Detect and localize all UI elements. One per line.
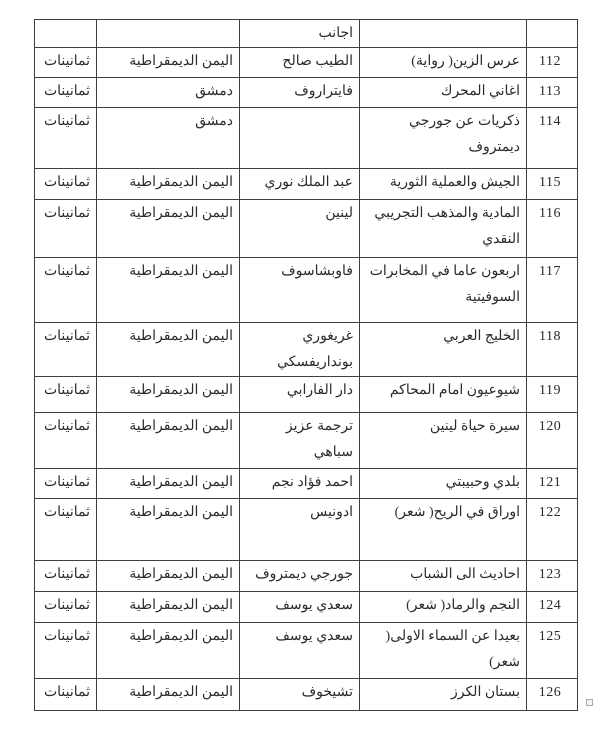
cell-place: اليمن الديمقراطية bbox=[97, 48, 240, 78]
books-table-body: اجانب112عرس الزين( رواية)الطيب صالحاليمن… bbox=[35, 20, 578, 711]
cell-author: احمد فؤاد نجم bbox=[240, 469, 360, 499]
cell-era: ثمانينات bbox=[35, 623, 97, 679]
cell-place: اليمن الديمقراطية bbox=[97, 323, 240, 377]
cell-place: اليمن الديمقراطية bbox=[97, 258, 240, 323]
cell-title: اغاني المحرك bbox=[360, 78, 527, 108]
cell-title: المادية والمذهب التجريبي النقدي bbox=[360, 200, 527, 258]
cell-author: جورجي ديمتروف bbox=[240, 561, 360, 592]
cell-era: ثمانينات bbox=[35, 499, 97, 561]
cell-number: 125 bbox=[527, 623, 578, 679]
cell-era: ثمانينات bbox=[35, 561, 97, 592]
cell-era: ثمانينات bbox=[35, 323, 97, 377]
cell-era: ثمانينات bbox=[35, 200, 97, 258]
cell-author: اجانب bbox=[240, 20, 360, 48]
cell-place bbox=[97, 20, 240, 48]
cell-number: 126 bbox=[527, 679, 578, 711]
cell-title: ذكريات عن جورجي ديمتروف bbox=[360, 108, 527, 169]
cell-number: 123 bbox=[527, 561, 578, 592]
cell-place: اليمن الديمقراطية bbox=[97, 413, 240, 469]
cell-number: 116 bbox=[527, 200, 578, 258]
table-row: 126بستان الكرزتشيخوفاليمن الديمقراطيةثما… bbox=[35, 679, 578, 711]
cell-era: ثمانينات bbox=[35, 377, 97, 413]
cell-title: بعيدا عن السماء الاولى( شعر) bbox=[360, 623, 527, 679]
cell-place: اليمن الديمقراطية bbox=[97, 169, 240, 200]
books-catalog-table: اجانب112عرس الزين( رواية)الطيب صالحاليمن… bbox=[34, 19, 578, 711]
cell-number: 122 bbox=[527, 499, 578, 561]
cell-title bbox=[360, 20, 527, 48]
cell-era: ثمانينات bbox=[35, 258, 97, 323]
cell-number: 113 bbox=[527, 78, 578, 108]
cell-number: 119 bbox=[527, 377, 578, 413]
cell-era bbox=[35, 20, 97, 48]
cell-era: ثمانينات bbox=[35, 413, 97, 469]
cell-number: 115 bbox=[527, 169, 578, 200]
cell-number bbox=[527, 20, 578, 48]
cell-title: بستان الكرز bbox=[360, 679, 527, 711]
table-row: 123احاديث الى الشبابجورجي ديمتروفاليمن ا… bbox=[35, 561, 578, 592]
document-anchor-icon bbox=[586, 699, 593, 706]
cell-number: 117 bbox=[527, 258, 578, 323]
document-page: اجانب112عرس الزين( رواية)الطيب صالحاليمن… bbox=[0, 0, 600, 732]
cell-era: ثمانينات bbox=[35, 679, 97, 711]
cell-era: ثمانينات bbox=[35, 108, 97, 169]
cell-author bbox=[240, 108, 360, 169]
table-row: 119شيوعيون امام المحاكمدار الفارابياليمن… bbox=[35, 377, 578, 413]
cell-author: عبد الملك نوري bbox=[240, 169, 360, 200]
cell-author: غريغوري بونداريفسكي bbox=[240, 323, 360, 377]
table-row: 115الجيش والعملية الثوريةعبد الملك نوريا… bbox=[35, 169, 578, 200]
cell-number: 121 bbox=[527, 469, 578, 499]
cell-place: اليمن الديمقراطية bbox=[97, 679, 240, 711]
cell-number: 114 bbox=[527, 108, 578, 169]
table-row: اجانب bbox=[35, 20, 578, 48]
cell-era: ثمانينات bbox=[35, 48, 97, 78]
cell-title: الجيش والعملية الثورية bbox=[360, 169, 527, 200]
cell-title: الخليج العربي bbox=[360, 323, 527, 377]
cell-title: اوراق في الريح( شعر) bbox=[360, 499, 527, 561]
table-row: 118الخليج العربيغريغوري بونداريفسكياليمن… bbox=[35, 323, 578, 377]
cell-author: تشيخوف bbox=[240, 679, 360, 711]
cell-title: احاديث الى الشباب bbox=[360, 561, 527, 592]
cell-number: 118 bbox=[527, 323, 578, 377]
table-row: 120سيرة حياة لينينترجمة عزيز سباهياليمن … bbox=[35, 413, 578, 469]
cell-author: ترجمة عزيز سباهي bbox=[240, 413, 360, 469]
cell-number: 124 bbox=[527, 592, 578, 623]
cell-title: اربعون عاما في المخابرات السوفيتية bbox=[360, 258, 527, 323]
cell-author: سعدي يوسف bbox=[240, 592, 360, 623]
cell-number: 112 bbox=[527, 48, 578, 78]
cell-author: ادونيس bbox=[240, 499, 360, 561]
cell-author: الطيب صالح bbox=[240, 48, 360, 78]
cell-era: ثمانينات bbox=[35, 592, 97, 623]
table-row: 116المادية والمذهب التجريبي النقديلينينا… bbox=[35, 200, 578, 258]
table-row: 113اغاني المحركفايتراروفدمشقثمانينات bbox=[35, 78, 578, 108]
cell-era: ثمانينات bbox=[35, 469, 97, 499]
cell-author: لينين bbox=[240, 200, 360, 258]
cell-place: اليمن الديمقراطية bbox=[97, 377, 240, 413]
cell-place: اليمن الديمقراطية bbox=[97, 623, 240, 679]
cell-place: اليمن الديمقراطية bbox=[97, 592, 240, 623]
cell-era: ثمانينات bbox=[35, 169, 97, 200]
cell-author: سعدي يوسف bbox=[240, 623, 360, 679]
cell-author: فايتراروف bbox=[240, 78, 360, 108]
cell-title: النجم والرماد( شعر) bbox=[360, 592, 527, 623]
cell-era: ثمانينات bbox=[35, 78, 97, 108]
cell-number: 120 bbox=[527, 413, 578, 469]
cell-place: اليمن الديمقراطية bbox=[97, 469, 240, 499]
table-row: 112عرس الزين( رواية)الطيب صالحاليمن الدي… bbox=[35, 48, 578, 78]
table-row: 121بلدي وحبيبتياحمد فؤاد نجماليمن الديمق… bbox=[35, 469, 578, 499]
table-row: 122اوراق في الريح( شعر)ادونيساليمن الديم… bbox=[35, 499, 578, 561]
cell-title: بلدي وحبيبتي bbox=[360, 469, 527, 499]
cell-place: دمشق bbox=[97, 78, 240, 108]
cell-place: اليمن الديمقراطية bbox=[97, 499, 240, 561]
table-row: 125بعيدا عن السماء الاولى( شعر)سعدي يوسف… bbox=[35, 623, 578, 679]
table-row: 124النجم والرماد( شعر)سعدي يوسفاليمن الد… bbox=[35, 592, 578, 623]
cell-author: دار الفارابي bbox=[240, 377, 360, 413]
cell-title: عرس الزين( رواية) bbox=[360, 48, 527, 78]
cell-place: اليمن الديمقراطية bbox=[97, 200, 240, 258]
cell-title: شيوعيون امام المحاكم bbox=[360, 377, 527, 413]
table-row: 114ذكريات عن جورجي ديمتروفدمشقثمانينات bbox=[35, 108, 578, 169]
cell-place: اليمن الديمقراطية bbox=[97, 561, 240, 592]
cell-author: فاوبشاسوف bbox=[240, 258, 360, 323]
cell-title: سيرة حياة لينين bbox=[360, 413, 527, 469]
table-row: 117اربعون عاما في المخابرات السوفيتيةفاو… bbox=[35, 258, 578, 323]
cell-place: دمشق bbox=[97, 108, 240, 169]
